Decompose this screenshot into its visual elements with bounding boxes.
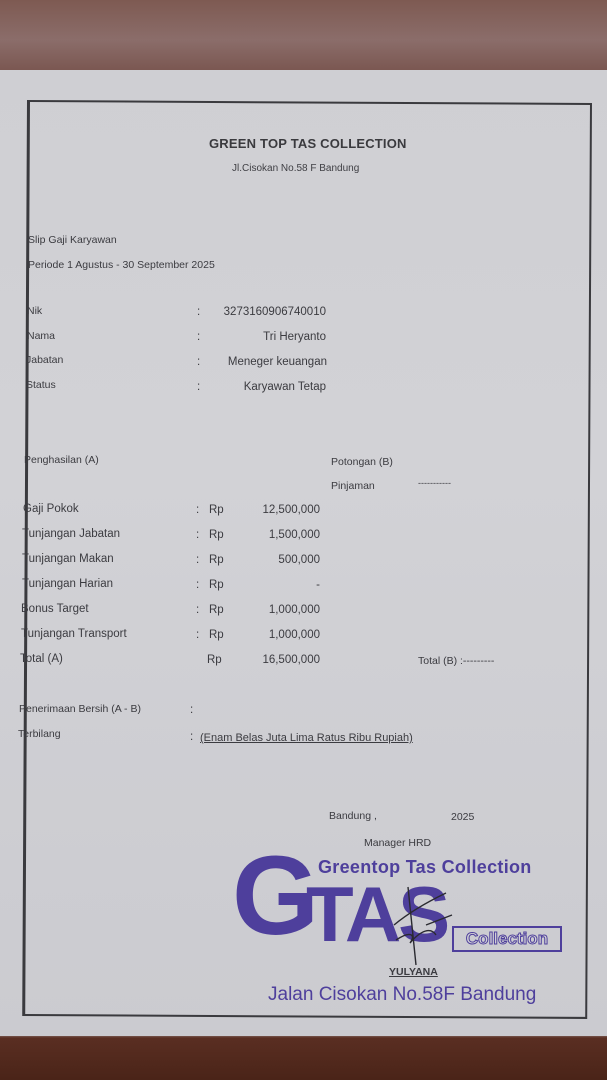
in-words-sep: : (190, 731, 193, 743)
deduction-amount-pinjaman: ----------- (418, 478, 451, 488)
in-words-label: Terbilang (18, 728, 61, 740)
deduction-label-pinjaman: Pinjaman (331, 480, 375, 492)
nama-label: Nama (27, 330, 55, 342)
in-words-value: (Enam Belas Juta Lima Ratus Ribu Rupiah) (200, 732, 413, 744)
income-sep: : (196, 629, 199, 641)
stamp-company-name: Greentop Tas Collection (318, 857, 532, 878)
income-currency: Rp (209, 579, 224, 591)
income-amount-bonus-target: 1,000,000 (230, 604, 320, 616)
income-total-currency: Rp (207, 654, 222, 666)
income-sep: : (196, 529, 199, 541)
signature-place: Bandung , (329, 810, 377, 822)
income-sep: : (196, 504, 199, 516)
company-name: GREEN TOP TAS COLLECTION (209, 136, 407, 151)
income-currency: Rp (209, 629, 224, 641)
income-currency: Rp (209, 554, 224, 566)
income-label-gaji-pokok: Gaji Pokok (23, 503, 79, 515)
income-sep: : (196, 604, 199, 616)
income-total-amount: 16,500,000 (228, 654, 320, 666)
status-label: Status (26, 379, 56, 391)
income-label-tunjangan-makan: Tunjangan Makan (22, 553, 114, 565)
income-amount-gaji-pokok: 12,500,000 (230, 504, 320, 516)
income-label-bonus-target: Bonus Target (21, 603, 89, 615)
income-currency: Rp (209, 504, 224, 516)
signature-role: Manager HRD (364, 837, 431, 849)
income-currency: Rp (209, 604, 224, 616)
income-label-tunjangan-jabatan: Tunjangan Jabatan (22, 528, 120, 540)
income-currency: Rp (209, 529, 224, 541)
nama-value: Tri Heryanto (200, 331, 326, 343)
income-amount-tunjangan-jabatan: 1,500,000 (230, 529, 320, 541)
deductions-heading: Potongan (B) (331, 456, 393, 468)
income-label-tunjangan-harian: Tunjangan Harian (22, 578, 113, 590)
slip-period: Periode 1 Agustus - 30 September 2025 (28, 259, 215, 271)
income-total-label: Total (A) (20, 653, 63, 665)
deductions-total: Total (B) :--------- (418, 655, 494, 667)
income-amount-tunjangan-harian: - (230, 579, 320, 591)
slip-title: Slip Gaji Karyawan (28, 234, 117, 246)
signature-scribble (386, 885, 456, 975)
stamp-letter-g: G (232, 840, 315, 952)
income-heading: Penghasilan (A) (24, 454, 99, 466)
status-value: Karyawan Tetap (200, 381, 326, 393)
nik-value: 3273160906740010 (200, 306, 326, 318)
net-sep: : (190, 704, 193, 716)
income-amount-tunjangan-transport: 1,000,000 (230, 629, 320, 641)
income-sep: : (196, 579, 199, 591)
jabatan-label: Jabatan (26, 354, 63, 366)
income-sep: : (196, 554, 199, 566)
net-label: Penerimaan Bersih (A - B) (19, 703, 141, 715)
income-amount-tunjangan-makan: 500,000 (230, 554, 320, 566)
company-address: Jl.Cisokan No.58 F Bandung (232, 163, 359, 174)
jabatan-value: Meneger keuangan (200, 356, 327, 368)
income-label-tunjangan-transport: Tunjangan Transport (21, 628, 127, 640)
signature-year: 2025 (451, 811, 474, 823)
signature-name: YULYANA (389, 966, 438, 978)
stamp-address: Jalan Cisokan No.58F Bandung (268, 984, 536, 1006)
stamp-collection-box: Collection (452, 926, 562, 952)
nik-label: Nik (27, 305, 42, 317)
